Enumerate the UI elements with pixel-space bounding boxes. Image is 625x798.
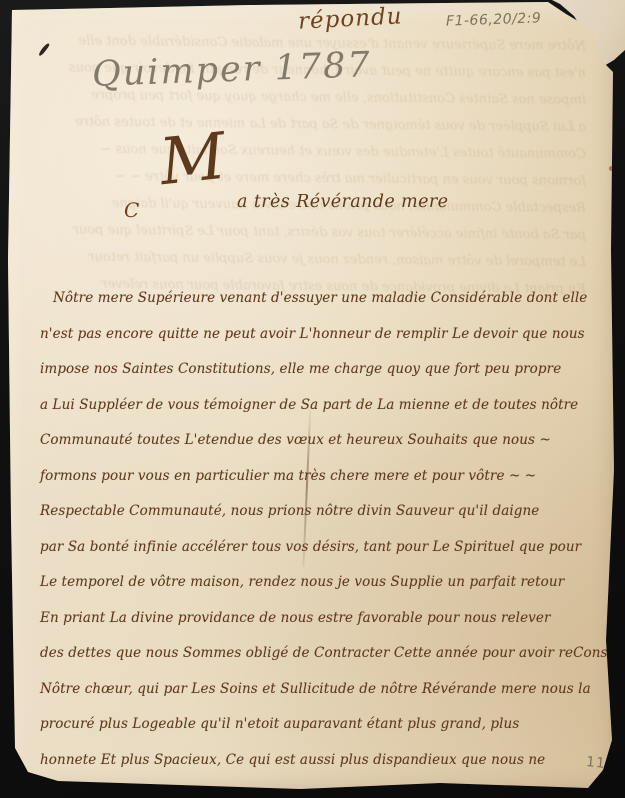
- letter-line: par Sa bonté infinie accélérer tous vos …: [40, 530, 615, 566]
- salutation-text: a très Révérande mere: [237, 192, 448, 212]
- letter-line: n'est pas encore quitte ne peut avoir L'…: [40, 317, 615, 353]
- letter-line: En priant La divine providance de nous e…: [40, 601, 615, 637]
- letter-line: impose nos Saintes Constitutions, elle m…: [40, 352, 615, 388]
- ink-mark: [38, 42, 50, 56]
- letter-line: des dettes que nous Sommes obligé de Con…: [40, 636, 615, 672]
- scan-background: Nôtre mere Supérieure venant d'essuyer u…: [0, 0, 625, 798]
- letter-body: Nôtre mere Supérieure venant d'essuyer u…: [40, 281, 615, 778]
- letter-page: Nôtre mere Supérieure venant d'essuyer u…: [0, 0, 625, 798]
- letter-line: a Lui Suppléer de vous témoigner de Sa p…: [40, 388, 615, 424]
- letter-line: Respectable Communauté, nous prions nôtr…: [40, 494, 615, 530]
- bleedthrough-line: par Sa bonté infinie accélérer tous vos …: [30, 222, 586, 243]
- stain-dot: [609, 166, 614, 171]
- salutation-prefix: C: [124, 198, 139, 222]
- letter-line: Le temporel de vôtre maison, rendez nous…: [40, 565, 615, 601]
- letter-line: Nôtre mere Supérieure venant d'essuyer u…: [40, 281, 615, 317]
- salutation: C M a très Révérande mere: [124, 130, 448, 190]
- page-number: 11: [585, 754, 606, 772]
- bleedthrough-line: Le temporel de vôtre maison, rendez nous…: [30, 249, 586, 270]
- letter-line: Nôtre chœur, qui par Les Soins et Sullic…: [40, 672, 615, 708]
- letter-line: formons pour vous en particulier ma très…: [40, 459, 615, 495]
- catalog-code: F1-66,20/2:9: [446, 10, 542, 29]
- letter-line: procuré plus Logeable qu'il n'etoit aupa…: [40, 707, 615, 743]
- salutation-initial: M: [157, 127, 228, 194]
- letter-line: honnete Et plus Spacieux, Ce qui est aus…: [40, 743, 615, 779]
- place-date: Quimper 1787: [91, 45, 372, 95]
- letter-line: Communauté toutes L'etendue des vœux et …: [40, 423, 615, 459]
- reply-annotation: répondu: [297, 3, 403, 34]
